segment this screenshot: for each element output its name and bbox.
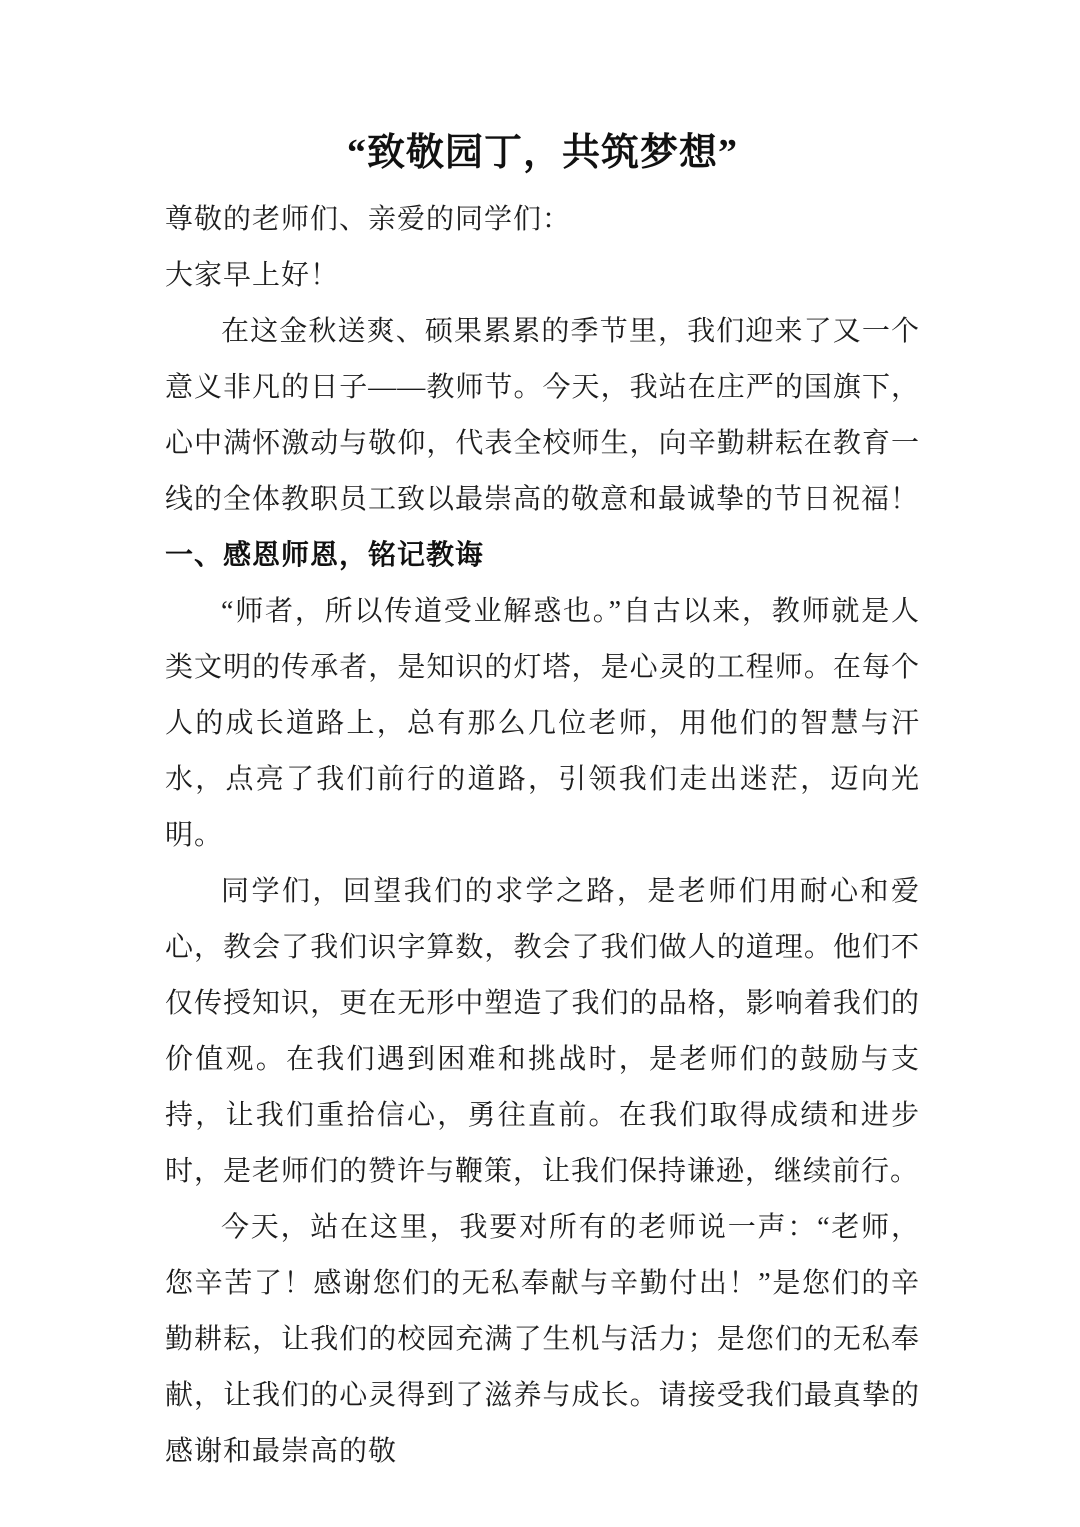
paragraph-intro: 在这金秋送爽、硕果累累的季节里，我们迎来了又一个意义非凡的日子——教师节。今天，… [165, 304, 920, 528]
section-heading-1: 一、感恩师恩，铭记教诲 [165, 528, 920, 584]
greeting-line: 大家早上好！ [165, 248, 920, 304]
document-title: “致敬园丁，共筑梦想” [165, 128, 920, 178]
paragraph-gratitude: 今天，站在这里，我要对所有的老师说一声：“老师，您辛苦了！感谢您们的无私奉献与辛… [165, 1200, 920, 1480]
document-page: “致敬园丁，共筑梦想” 尊敬的老师们、亲爱的同学们： 大家早上好！ 在这金秋送爽… [0, 0, 1080, 1527]
document-body: 尊敬的老师们、亲爱的同学们： 大家早上好！ 在这金秋送爽、硕果累累的季节里，我们… [165, 192, 920, 1480]
paragraph-students-reflection: 同学们，回望我们的求学之路，是老师们用耐心和爱心，教会了我们识字算数，教会了我们… [165, 864, 920, 1200]
salutation-line: 尊敬的老师们、亲爱的同学们： [165, 192, 920, 248]
paragraph-teacher-quote: “师者，所以传道受业解惑也。”自古以来，教师就是人类文明的传承者，是知识的灯塔，… [165, 584, 920, 864]
